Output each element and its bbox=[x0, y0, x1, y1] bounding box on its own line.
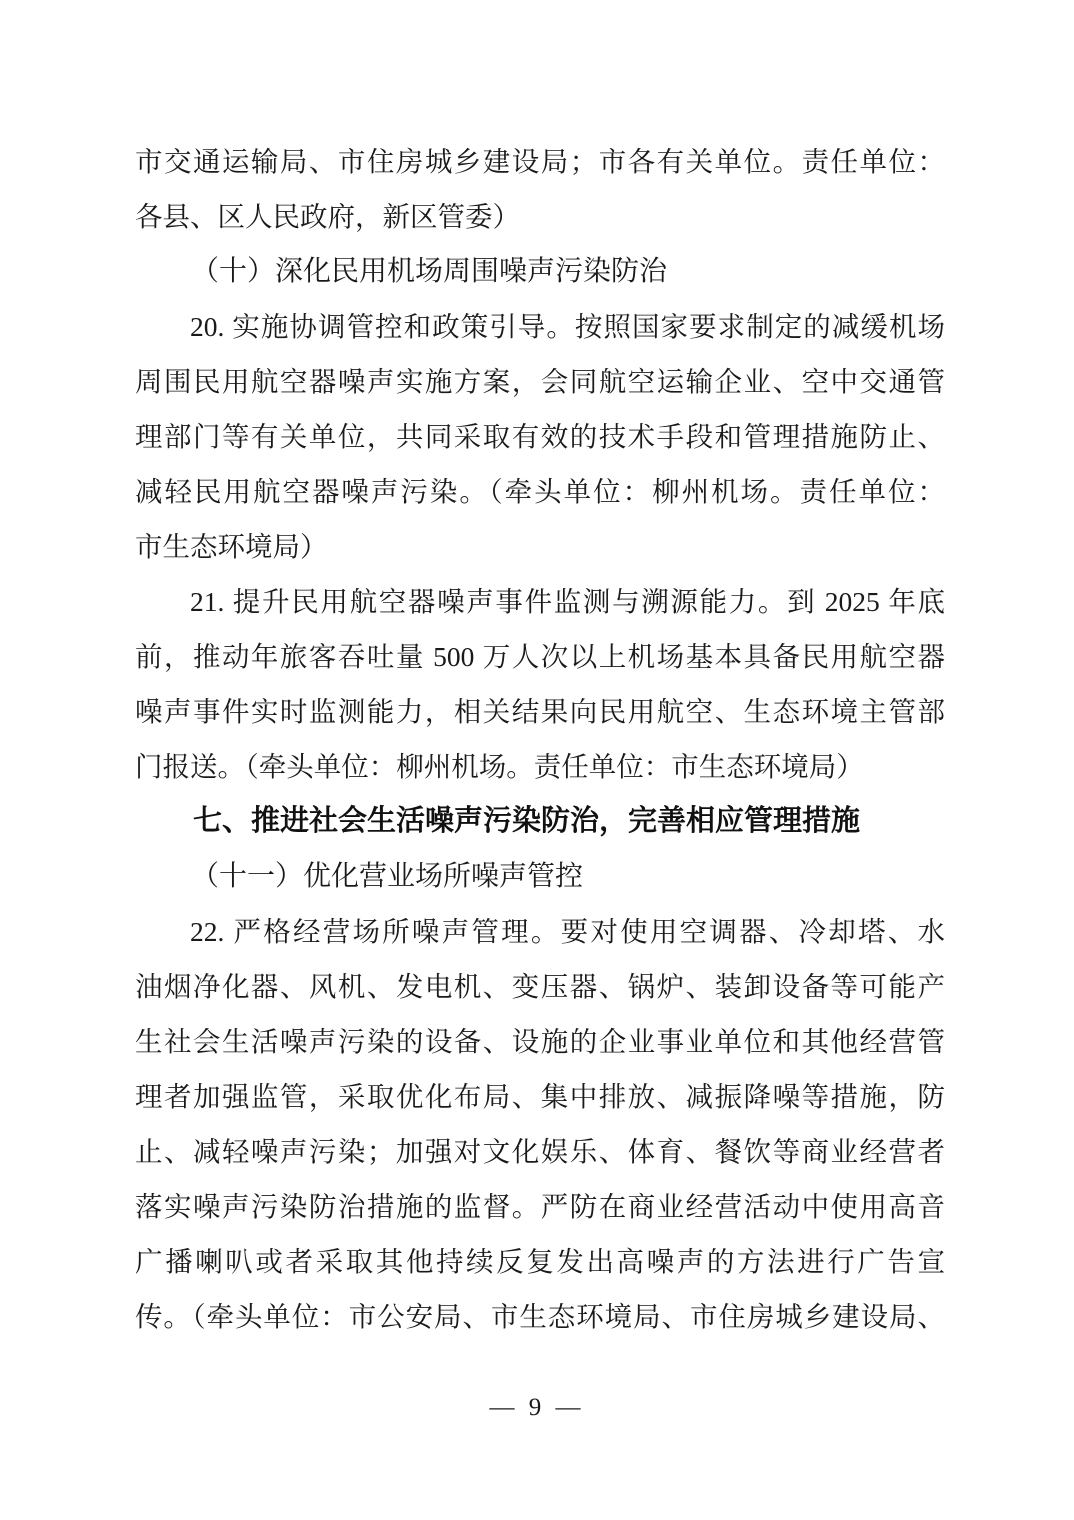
document-line: 理部门等有关单位，共同采取有效的技术手段和管理措施防止、 bbox=[135, 409, 945, 464]
document-line: 生社会生活噪声污染的设备、设施的企业事业单位和其他经营管 bbox=[135, 1014, 945, 1069]
section-item-heading: （十一）优化营业场所噪声管控 bbox=[135, 849, 945, 904]
chapter-heading: 七、推进社会生活噪声污染防治，完善相应管理措施 bbox=[135, 794, 945, 849]
document-line: 20. 实施协调管控和政策引导。按照国家要求制定的减缓机场 bbox=[135, 299, 945, 354]
document-line: 减轻民用航空器噪声污染。（牵头单位：柳州机场。责任单位： bbox=[135, 464, 945, 519]
document-line: 市交通运输局、市住房城乡建设局；市各有关单位。责任单位： bbox=[135, 134, 945, 189]
document-line: 门报送。（牵头单位：柳州机场。责任单位：市生态环境局） bbox=[135, 739, 945, 794]
document-line: 落实噪声污染防治措施的监督。严防在商业经营活动中使用高音 bbox=[135, 1179, 945, 1234]
document-line: 理者加强监管，采取优化布局、集中排放、减振降噪等措施，防 bbox=[135, 1069, 945, 1124]
document-line: 21. 提升民用航空器噪声事件监测与溯源能力。到 2025 年底 bbox=[135, 574, 945, 629]
document-line: 前，推动年旅客吞吐量 500 万人次以上机场基本具备民用航空器 bbox=[135, 629, 945, 684]
document-body: 市交通运输局、市住房城乡建设局；市各有关单位。责任单位： 各县、区人民政府，新区… bbox=[135, 134, 945, 1344]
page-number: — 9 — bbox=[0, 1388, 1074, 1428]
document-page: 市交通运输局、市住房城乡建设局；市各有关单位。责任单位： 各县、区人民政府，新区… bbox=[0, 0, 1074, 1520]
document-line: 油烟净化器、风机、发电机、变压器、锅炉、装卸设备等可能产 bbox=[135, 959, 945, 1014]
section-item-heading: （十）深化民用机场周围噪声污染防治 bbox=[135, 244, 945, 299]
document-line: 传。（牵头单位：市公安局、市生态环境局、市住房城乡建设局、 bbox=[135, 1289, 945, 1344]
document-line: 各县、区人民政府，新区管委） bbox=[135, 189, 945, 244]
document-line: 周围民用航空器噪声实施方案，会同航空运输企业、空中交通管 bbox=[135, 354, 945, 409]
document-line: 止、减轻噪声污染；加强对文化娱乐、体育、餐饮等商业经营者 bbox=[135, 1124, 945, 1179]
document-line: 22. 严格经营场所噪声管理。要对使用空调器、冷却塔、水泵、 bbox=[135, 904, 945, 959]
document-line: 噪声事件实时监测能力，相关结果向民用航空、生态环境主管部 bbox=[135, 684, 945, 739]
document-line: 市生态环境局） bbox=[135, 519, 945, 574]
document-line: 广播喇叭或者采取其他持续反复发出高噪声的方法进行广告宣 bbox=[135, 1234, 945, 1289]
